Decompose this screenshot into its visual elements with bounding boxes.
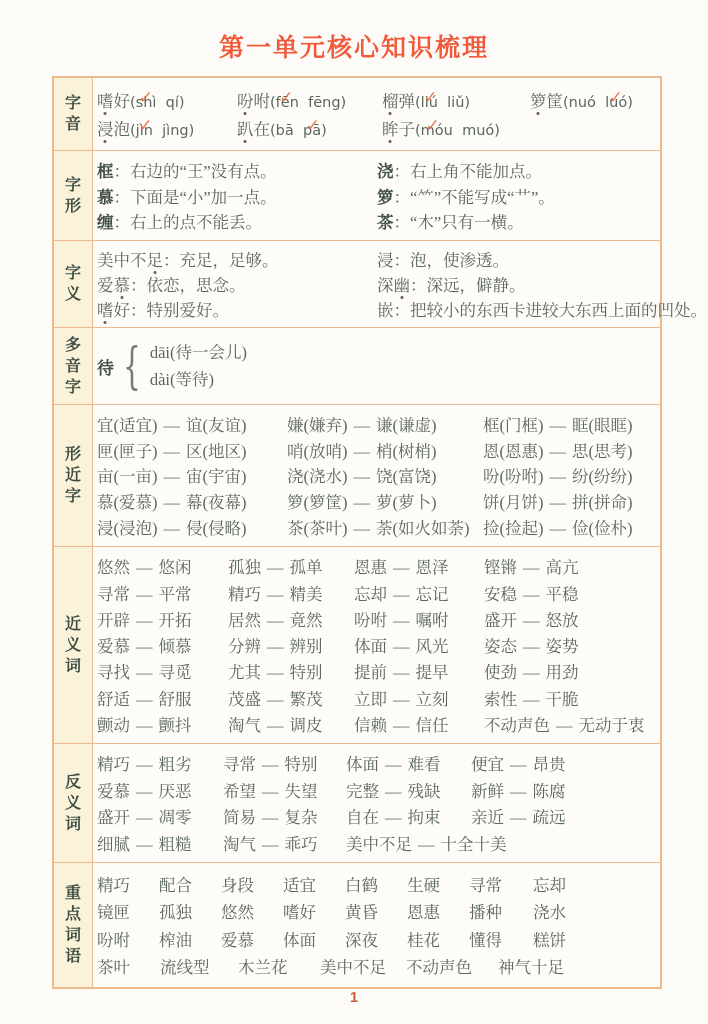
pair-line: 开辟—开拓居然—竟然吩咐—嘱咐盛开—怒放 [97, 607, 656, 631]
pair-second: 嘱咐 [416, 611, 449, 630]
row-label-ziyin: 字音 [54, 78, 93, 150]
pair-second: 昂贵 [533, 755, 566, 774]
character: 弹 [399, 92, 416, 111]
word-pair: 铿锵—高亢 [484, 554, 656, 578]
pair-first: 哨(放哨) [287, 442, 348, 461]
dash-separator: — [387, 690, 416, 709]
character: 眸 [382, 116, 399, 140]
pinyin-options: (liú liǔ) [415, 95, 470, 111]
dash-separator: — [544, 442, 573, 461]
dash-separator: — [412, 835, 441, 854]
pair-first: 寻找 [97, 663, 130, 682]
pair-second: 凋零 [159, 808, 192, 827]
row-label-char: 近 [65, 615, 81, 634]
pair-first: 精巧 [228, 585, 261, 604]
dash-separator: — [544, 467, 573, 486]
glyph-desc: ：“⺮”不能写成“艹”。 [394, 188, 555, 207]
word-pair: 盛开—怒放 [484, 607, 656, 631]
pair-first: 希望 [223, 782, 256, 801]
dash-separator: — [387, 611, 416, 630]
pair-second: 粗劣 [159, 755, 192, 774]
row-label-xingjinzi: 形近字 [54, 405, 93, 546]
word-pair: 姿态—姿势 [484, 633, 656, 657]
pair-second: 忘记 [416, 585, 449, 604]
dash-separator: — [158, 442, 187, 461]
pair-line: 爱慕—厌恶希望—失望完整—残缺新鲜—陈腐 [97, 778, 656, 802]
pair-second: 辨别 [290, 637, 323, 656]
pair-first: 立即 [354, 690, 387, 709]
word: 榴弹 [382, 92, 415, 111]
meaning-entry: 嵌：把较小的东西卡进较大东西上面的凹处。 [377, 297, 707, 321]
dash-separator: — [517, 637, 546, 656]
pinyin-line: 浸泡(jìn jìng)趴在(bā pā)眸子(móu muó) [97, 116, 656, 140]
dash-separator: — [130, 611, 159, 630]
word-pair: 寻找—寻觅 [97, 659, 228, 683]
dash-separator: — [379, 782, 408, 801]
word-pair: 茂盛—繁茂 [228, 686, 354, 710]
dash-separator: — [504, 782, 533, 801]
dash-separator: — [517, 663, 546, 682]
character: 子 [399, 120, 416, 139]
section-xingjinzi: 形近字宜(适宜)—谊(友谊)嫌(嫌弃)—谦(谦虚)框(门框)—眶(眼眶)匣(匣子… [54, 404, 660, 546]
glyph-head: 缠 [97, 213, 114, 232]
word-pair: 简易—复杂 [223, 804, 346, 828]
pinyin-item: 吩咐(fēn fēng) [237, 88, 382, 112]
pair-second: 失望 [285, 782, 318, 801]
pair-first: 饼(月饼) [483, 493, 544, 512]
row-label-char: 词 [65, 926, 81, 945]
pair-second: 恩泽 [416, 558, 449, 577]
dash-separator: — [130, 716, 159, 735]
pair-second: 精美 [290, 585, 323, 604]
pair-second: 悠闲 [159, 558, 192, 577]
pair-second: 饶(富饶) [376, 467, 437, 486]
meaning-entry: 嗜好：特别爱好。 [97, 297, 377, 321]
pair-second: 姿势 [546, 637, 579, 656]
keyword-line: 茶叶流线型木兰花美中不足不动声色神气十足 [97, 954, 656, 978]
pair-second: 颤抖 [159, 716, 192, 735]
pinyin-option: qí [166, 95, 179, 111]
row-label-char: 反 [65, 773, 81, 792]
glyph-desc: ：右上角不能加点。 [394, 162, 543, 181]
row-label-char: 音 [65, 357, 81, 376]
meaning-term: 美中不足 [97, 251, 163, 270]
word-pair: 孤独—孤单 [228, 554, 354, 578]
keyword: 寻常 [469, 872, 533, 896]
keyword: 深夜 [345, 927, 407, 951]
pair-second: 宙(宇宙) [186, 467, 247, 486]
keyword: 播种 [469, 899, 533, 923]
section-content-jinyici: 悠然—悠闲孤独—孤单恩惠—恩泽铿锵—高亢寻常—平常精巧—精美忘却—忘记安稳—平稳… [93, 547, 660, 743]
dash-separator: — [544, 493, 573, 512]
pair-second: 孤单 [290, 558, 323, 577]
word-pair: 信赖—信任 [354, 712, 484, 736]
dash-separator: — [504, 808, 533, 827]
row-label-char: 义 [65, 794, 81, 813]
glyph-head: 浇 [377, 162, 394, 181]
pair-second: 难看 [408, 755, 441, 774]
glyph-head: 茶 [377, 213, 394, 232]
keyword: 榨油 [159, 927, 221, 951]
pair-first: 浸(浸泡) [97, 519, 158, 538]
character: 不 [130, 251, 147, 270]
dash-separator: — [158, 416, 187, 435]
polyphone-entry: 待{dāi(待一会儿)dài(等待) [97, 339, 656, 393]
pair-second: 舒服 [159, 690, 192, 709]
pair-first: 慕(爱慕) [97, 493, 158, 512]
keyword-line: 精巧配合身段适宜白鹤生硬寻常忘却 [97, 872, 656, 896]
pinyin-option-correct: pā [303, 123, 321, 139]
word-pair: 爱慕—厌恶 [97, 778, 223, 802]
keyword: 适宜 [283, 872, 345, 896]
pair-second: 梢(树梢) [376, 442, 437, 461]
pair-first: 姿态 [484, 637, 517, 656]
pair-first: 美中不足 [346, 835, 412, 854]
pair-first: 简易 [223, 808, 256, 827]
pair-first: 盛开 [484, 611, 517, 630]
row-label-char: 多 [65, 336, 81, 355]
pinyin-options: (bā pā) [270, 123, 327, 139]
dash-separator: — [261, 611, 290, 630]
pair-first: 爱慕 [97, 637, 130, 656]
pinyin-option: jìng [162, 123, 188, 139]
word: 眸子 [382, 120, 415, 139]
glyph-note-line: 框：右边的“王”没有点。浇：右上角不能加点。 [97, 158, 656, 182]
dash-separator: — [130, 585, 159, 604]
dash-separator: — [387, 716, 416, 735]
dash-separator: — [130, 808, 159, 827]
section-content-ziyi: 美中不足：充足，足够。浸：泡，使渗透。爱慕：依恋，思念。深幽：深远，僻静。嗜好：… [93, 241, 708, 327]
dash-separator: — [387, 663, 416, 682]
row-label-char: 语 [65, 947, 81, 966]
dash-separator: — [130, 558, 159, 577]
word-pair: 完整—残缺 [346, 778, 471, 802]
pair-line: 慕(爱慕)—幕(夜幕)箩(箩筐)—萝(萝卜)饼(月饼)—拼(拼命) [97, 489, 656, 513]
word-pair: 居然—竟然 [228, 607, 354, 631]
word-pair: 浇(浇水)—饶(富饶) [287, 463, 483, 487]
pair-line: 亩(一亩)—宙(宇宙)浇(浇水)—饶(富饶)吩(吩咐)—纷(纷纷) [97, 463, 656, 487]
character: 箩 [530, 88, 547, 112]
pinyin-options: (shì qí) [130, 95, 185, 111]
row-label-ziyi: 字义 [54, 241, 93, 327]
pair-first: 使劲 [484, 663, 517, 682]
pair-first: 提前 [354, 663, 387, 682]
word-pair: 索性—干脆 [484, 686, 656, 710]
dash-separator: — [158, 467, 187, 486]
glyph-note: 框：右边的“王”没有点。 [97, 158, 377, 182]
pair-line: 精巧—粗劣寻常—特别体面—难看便宜—昂贵 [97, 751, 656, 775]
pair-second: 竟然 [290, 611, 323, 630]
keyword: 美中不足 [320, 954, 406, 978]
pinyin-option-correct: móu [421, 123, 453, 139]
keyword: 神气十足 [498, 954, 656, 978]
glyph-desc: ：下面是“小”加一点。 [114, 188, 277, 207]
keyword: 生硬 [407, 872, 469, 896]
section-content-ziyin: 嗜好(shì qí)吩咐(fēn fēng)榴弹(liú liǔ)箩筐(nuó … [93, 78, 660, 150]
pair-line: 浸(浸泡)—侵(侵略)茶(茶叶)—荼(如火如荼)捡(捡起)—俭(俭朴) [97, 515, 656, 539]
dash-separator: — [387, 637, 416, 656]
pair-first: 亩(一亩) [97, 467, 158, 486]
row-label-char: 字 [65, 176, 81, 195]
dash-separator: — [550, 716, 579, 735]
word-pair: 体面—难看 [346, 751, 471, 775]
section-content-zhongdian: 精巧配合身段适宜白鹤生硬寻常忘却镜匣孤独悠然嗜好黄昏恩惠播种浇水吩咐榨油爱慕体面… [93, 863, 660, 987]
pair-first: 捡(捡起) [483, 519, 544, 538]
row-label-char: 字 [65, 264, 81, 283]
pair-first: 安稳 [484, 585, 517, 604]
pair-first: 盛开 [97, 808, 130, 827]
word-pair: 体面—风光 [354, 633, 484, 657]
row-label-char: 义 [65, 285, 81, 304]
pair-first: 悠然 [97, 558, 130, 577]
word-pair: 箩(箩筐)—萝(萝卜) [287, 489, 483, 513]
character: 嗜 [97, 88, 114, 112]
pair-second: 疏远 [533, 808, 566, 827]
word-pair: 不动声色—无动于衷 [484, 712, 656, 736]
dash-separator: — [517, 690, 546, 709]
keyword: 身段 [221, 872, 283, 896]
character: 筐 [547, 92, 564, 111]
meaning-term: 爱慕 [97, 276, 130, 295]
word: 趴在 [237, 120, 270, 139]
word-pair: 精巧—精美 [228, 581, 354, 605]
dash-separator: — [256, 808, 285, 827]
dash-separator: — [158, 519, 187, 538]
meaning-term: 嵌 [377, 301, 394, 320]
pair-second: 怒放 [546, 611, 579, 630]
pair-first: 新鲜 [471, 782, 504, 801]
page-title: 第一单元核心知识梳理 [0, 28, 708, 64]
keyword: 镜匣 [97, 899, 159, 923]
pair-line: 寻常—平常精巧—精美忘却—忘记安稳—平稳 [97, 581, 656, 605]
section-zixing: 字形框：右边的“王”没有点。浇：右上角不能加点。慕：下面是“小”加一点。箩：“⺮… [54, 150, 660, 240]
row-label-char: 字 [65, 487, 81, 506]
pair-line: 悠然—悠闲孤独—孤单恩惠—恩泽铿锵—高亢 [97, 554, 656, 578]
dash-separator: — [348, 493, 377, 512]
word-pair: 嫌(嫌弃)—谦(谦虚) [287, 412, 483, 436]
word-pair: 新鲜—陈腐 [471, 778, 656, 802]
word-pair: 精巧—粗劣 [97, 751, 223, 775]
word-pair: 框(门框)—眶(眼眶) [483, 412, 656, 436]
keyword: 桂花 [407, 927, 469, 951]
word-pair: 使劲—用劲 [484, 659, 656, 683]
keyword: 懂得 [469, 927, 533, 951]
pinyin-option: bā [276, 123, 294, 139]
word-pair: 浸(浸泡)—侵(侵略) [97, 515, 287, 539]
dash-separator: — [517, 611, 546, 630]
character: 好 [114, 301, 131, 320]
row-label-char: 近 [65, 466, 81, 485]
word-pair: 捡(捡起)—俭(俭朴) [483, 515, 656, 539]
dash-separator: — [261, 558, 290, 577]
keyword: 爱慕 [221, 927, 283, 951]
section-zhongdian: 重点词语精巧配合身段适宜白鹤生硬寻常忘却镜匣孤独悠然嗜好黄昏恩惠播种浇水吩咐榨油… [54, 862, 660, 987]
word-pair: 提前—提早 [354, 659, 484, 683]
dash-separator: — [256, 755, 285, 774]
meaning-line: 嗜好：特别爱好。嵌：把较小的东西卡进较大东西上面的凹处。 [97, 297, 707, 321]
pinyin-option: muó [462, 123, 494, 139]
glyph-note: 浇：右上角不能加点。 [377, 158, 656, 182]
character: 趴 [237, 116, 254, 140]
meaning-term: 嗜好 [97, 301, 130, 320]
pair-second: 乖巧 [285, 835, 318, 854]
keyword: 白鹤 [345, 872, 407, 896]
word-pair: 自在—拘束 [346, 804, 471, 828]
dash-separator: — [130, 782, 159, 801]
pair-second: 提早 [416, 663, 449, 682]
character: 嗜 [97, 297, 114, 321]
word-pair: 恩惠—恩泽 [354, 554, 484, 578]
pair-first: 吩(吩咐) [483, 467, 544, 486]
page-number: 1 [0, 989, 708, 1006]
word-pair: 尤其—特别 [228, 659, 354, 683]
keyword-line: 镜匣孤独悠然嗜好黄昏恩惠播种浇水 [97, 899, 656, 923]
glyph-head: 慕 [97, 188, 114, 207]
keyword: 孤独 [159, 899, 221, 923]
pair-line: 寻找—寻觅尤其—特别提前—提早使劲—用劲 [97, 659, 656, 683]
pair-second: 拼(拼命) [572, 493, 633, 512]
row-label-char: 形 [65, 197, 81, 216]
row-label-char: 音 [65, 115, 81, 134]
pair-first: 宜(适宜) [97, 416, 158, 435]
pair-second: 纷(纷纷) [572, 467, 633, 486]
pair-second: 陈腐 [533, 782, 566, 801]
pair-second: 俭(俭朴) [572, 519, 633, 538]
dash-separator: — [130, 663, 159, 682]
word-pair: 希望—失望 [223, 778, 346, 802]
meaning-def: ：依恋，思念。 [130, 276, 246, 295]
pair-first: 孤独 [228, 558, 261, 577]
pair-second: 寻觅 [159, 663, 192, 682]
section-content-fanyici: 精巧—粗劣寻常—特别体面—难看便宜—昂贵爱慕—厌恶希望—失望完整—残缺新鲜—陈腐… [93, 744, 660, 862]
pinyin-options: (móu muó) [415, 123, 500, 139]
meaning-entry: 深幽：深远，僻静。 [377, 272, 707, 296]
pair-first: 开辟 [97, 611, 130, 630]
word-pair: 颤动—颤抖 [97, 712, 228, 736]
pair-first: 精巧 [97, 755, 130, 774]
word-pair: 舒适—舒服 [97, 686, 228, 710]
glyph-head: 箩 [377, 188, 394, 207]
pinyin-options: (jìn jìng) [130, 123, 194, 139]
row-label-char: 重 [65, 884, 81, 903]
pair-line: 舒适—舒服茂盛—繁茂立即—立刻索性—干脆 [97, 686, 656, 710]
pair-first: 信赖 [354, 716, 387, 735]
meaning-line: 美中不足：充足，足够。浸：泡，使渗透。 [97, 247, 707, 271]
dash-separator: — [387, 585, 416, 604]
meaning-def: ：深远，僻静。 [410, 276, 526, 295]
word-pair: 匣(匣子)—区(地区) [97, 438, 287, 462]
keyword: 恩惠 [407, 899, 469, 923]
character: 爱 [97, 276, 114, 295]
pair-second: 无动于衷 [579, 716, 645, 735]
word-pair: 盛开—凋零 [97, 804, 223, 828]
keyword: 茶叶 [97, 954, 160, 978]
dash-separator: — [379, 755, 408, 774]
pair-second: 厌恶 [159, 782, 192, 801]
glyph-note: 缠：右上的点不能丢。 [97, 209, 377, 233]
worksheet-page: 第一单元核心知识梳理 字音嗜好(shì qí)吩咐(fēn fēng)榴弹(li… [0, 0, 708, 1024]
pair-second: 幕(夜幕) [186, 493, 247, 512]
pair-second: 开拓 [159, 611, 192, 630]
word-pair: 忘却—忘记 [354, 581, 484, 605]
word-pair: 寻常—平常 [97, 581, 228, 605]
keyword: 吩咐 [97, 927, 159, 951]
pair-first: 茶(茶叶) [287, 519, 348, 538]
meaning-term: 浸 [377, 251, 394, 270]
word-pair: 分辨—辨别 [228, 633, 354, 657]
keyword: 木兰花 [238, 954, 320, 978]
pair-first: 亲近 [471, 808, 504, 827]
section-fanyici: 反义词精巧—粗劣寻常—特别体面—难看便宜—昂贵爱慕—厌恶希望—失望完整—残缺新鲜… [54, 743, 660, 862]
word-pair: 便宜—昂贵 [471, 751, 656, 775]
pair-second: 风光 [416, 637, 449, 656]
pair-second: 特别 [285, 755, 318, 774]
section-content-zixing: 框：右边的“王”没有点。浇：右上角不能加点。慕：下面是“小”加一点。箩：“⺮”不… [93, 151, 660, 240]
pair-second: 拘束 [408, 808, 441, 827]
row-label-fanyici: 反义词 [54, 744, 93, 862]
glyph-desc: ：“木”只有一横。 [394, 213, 524, 232]
word: 箩筐 [530, 92, 563, 111]
pair-line: 宜(适宜)—谊(友谊)嫌(嫌弃)—谦(谦虚)框(门框)—眶(眼眶) [97, 412, 656, 436]
row-label-char: 点 [65, 905, 81, 924]
pair-first: 舒适 [97, 690, 130, 709]
dash-separator: — [544, 519, 573, 538]
character: 足 [147, 247, 164, 271]
dash-separator: — [348, 442, 377, 461]
keyword-line: 吩咐榨油爱慕体面深夜桂花懂得糕饼 [97, 927, 656, 951]
pair-first: 恩(恩惠) [483, 442, 544, 461]
brace-icon: { [123, 341, 140, 391]
pair-first: 颤动 [97, 716, 130, 735]
pair-first: 分辨 [228, 637, 261, 656]
character: 浸 [377, 251, 394, 270]
character: 好 [114, 92, 131, 111]
pair-first: 浇(浇水) [287, 467, 348, 486]
pair-line: 盛开—凋零简易—复杂自在—拘束亲近—疏远 [97, 804, 656, 828]
row-label-char: 字 [65, 378, 81, 397]
pair-second: 调皮 [290, 716, 323, 735]
pair-second: 信任 [416, 716, 449, 735]
glyph-head: 框 [97, 162, 114, 181]
word-pair: 恩(恩惠)—思(思考) [483, 438, 656, 462]
dash-separator: — [261, 690, 290, 709]
pinyin-option-correct: shì [136, 95, 157, 111]
pair-second: 粗糙 [159, 835, 192, 854]
dash-separator: — [261, 637, 290, 656]
pair-first: 不动声色 [484, 716, 550, 735]
meaning-def: ：把较小的东西卡进较大东西上面的凹处。 [394, 301, 708, 320]
pair-first: 索性 [484, 690, 517, 709]
meaning-entry: 浸：泡，使渗透。 [377, 247, 707, 271]
row-label-char: 字 [65, 94, 81, 113]
glyph-desc: ：右上的点不能丢。 [114, 213, 263, 232]
word-pair: 亲近—疏远 [471, 804, 656, 828]
pinyin-option: nuó [569, 95, 596, 111]
keyword: 嗜好 [283, 899, 345, 923]
pair-first: 完整 [346, 782, 379, 801]
pair-first: 铿锵 [484, 558, 517, 577]
pinyin-item: 嗜好(shì qí) [97, 88, 237, 112]
pair-second: 繁茂 [290, 690, 323, 709]
word-pair: 寻常—特别 [223, 751, 346, 775]
pinyin-line: 嗜好(shì qí)吩咐(fēn fēng)榴弹(liú liǔ)箩筐(nuó … [97, 88, 656, 112]
dash-separator: — [387, 558, 416, 577]
keyword: 忘却 [533, 872, 656, 896]
character: 榴 [382, 88, 399, 112]
meaning-term: 深幽 [377, 276, 410, 295]
pinyin-item: 榴弹(liú liǔ) [382, 88, 530, 112]
row-label-zhongdian: 重点词语 [54, 863, 93, 987]
